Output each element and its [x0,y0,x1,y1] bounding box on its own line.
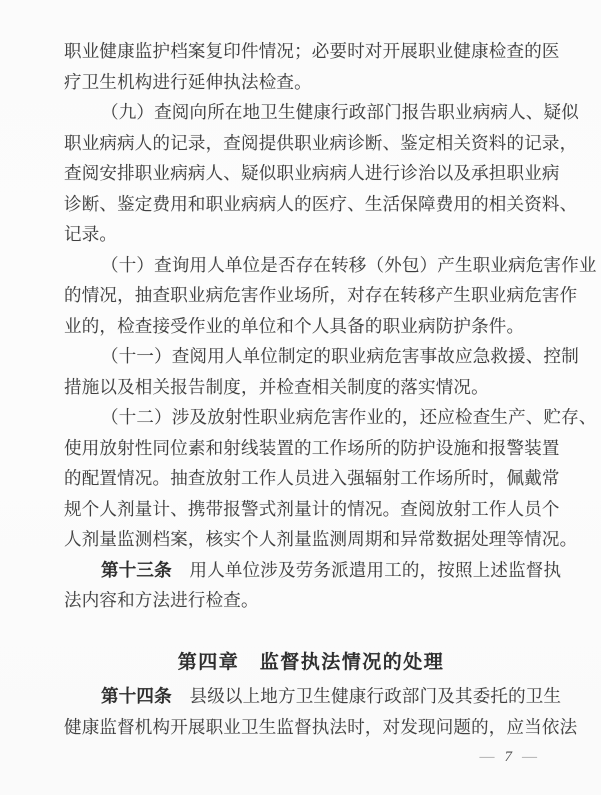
text-line-item-9: （九）查阅向所在地卫生健康行政部门报告职业病病人、疑似 [64,97,558,128]
text-line: 健康监督机构开展职业卫生监督执法时，对发现问题的，应当依法 [64,712,558,743]
text-line: 法内容和方法进行检查。 [64,585,558,616]
text-line: 业的，检查接受作业的单位和个人具备的职业病防护条件。 [64,311,558,342]
page-number-value: 7 [505,749,514,765]
text-line: 人剂量监测档案，核实个人剂量监测周期和异常数据处理等情况。 [64,524,558,555]
article-14-number: 第十四条 [101,686,172,706]
text-line-item-11: （十一）查阅用人单位制定的职业病危害事故应急救援、控制 [64,341,558,372]
chapter-4-heading: 第四章 监督执法情况的处理 [64,648,558,679]
text-line: 的情况，抽查职业病危害作业场所，对存在转移产生职业病危害作 [64,280,558,311]
text-line: 诊断、鉴定费用和职业病病人的医疗、生活保障费用的相关资料、 [64,189,558,220]
text-line: 记录。 [64,219,558,250]
text-line: 职业病病人的记录，查阅提供职业病诊断、鉴定相关资料的记录， [64,128,558,159]
text-line: 疗卫生机构进行延伸执法检查。 [64,67,558,98]
text-line-item-10: （十）查询用人单位是否存在转移（外包）产生职业病危害作业 [64,250,558,281]
page-number: —7— [471,749,548,766]
text-line-item-12: （十二）涉及放射性职业病危害作业的，还应检查生产、贮存、 [64,402,558,433]
article-13-text: 用人单位涉及劳务派遣用工的，按照上述监督执 [172,560,561,580]
text-line: 规个人剂量计、携带报警式剂量计的情况。查阅放射工作人员个 [64,494,558,525]
text-line: 职业健康监护档案复印件情况；必要时对开展职业健康检查的医 [64,36,558,67]
text-line-article-13: 第十三条 用人单位涉及劳务派遣用工的，按照上述监督执 [64,555,558,586]
text-line: 的配置情况。抽查放射工作人员进入强辐射工作场所时，佩戴常 [64,463,558,494]
article-13-number: 第十三条 [101,560,172,580]
text-line: 使用放射性同位素和射线装置的工作场所的防护设施和报警装置 [64,433,558,464]
document-body: 职业健康监护档案复印件情况；必要时对开展职业健康检查的医 疗卫生机构进行延伸执法… [64,36,558,742]
document-page: 职业健康监护档案复印件情况；必要时对开展职业健康检查的医 疗卫生机构进行延伸执法… [0,0,601,795]
page-number-left-dash: — [471,749,505,765]
page-number-right-dash: — [513,749,547,765]
text-line-article-14: 第十四条 县级以上地方卫生健康行政部门及其委托的卫生 [64,681,558,712]
text-line: 措施以及相关报告制度，并检查相关制度的落实情况。 [64,372,558,403]
text-line: 查阅安排职业病病人、疑似职业病病人进行诊治以及承担职业病 [64,158,558,189]
article-14-text: 县级以上地方卫生健康行政部门及其委托的卫生 [172,686,561,706]
